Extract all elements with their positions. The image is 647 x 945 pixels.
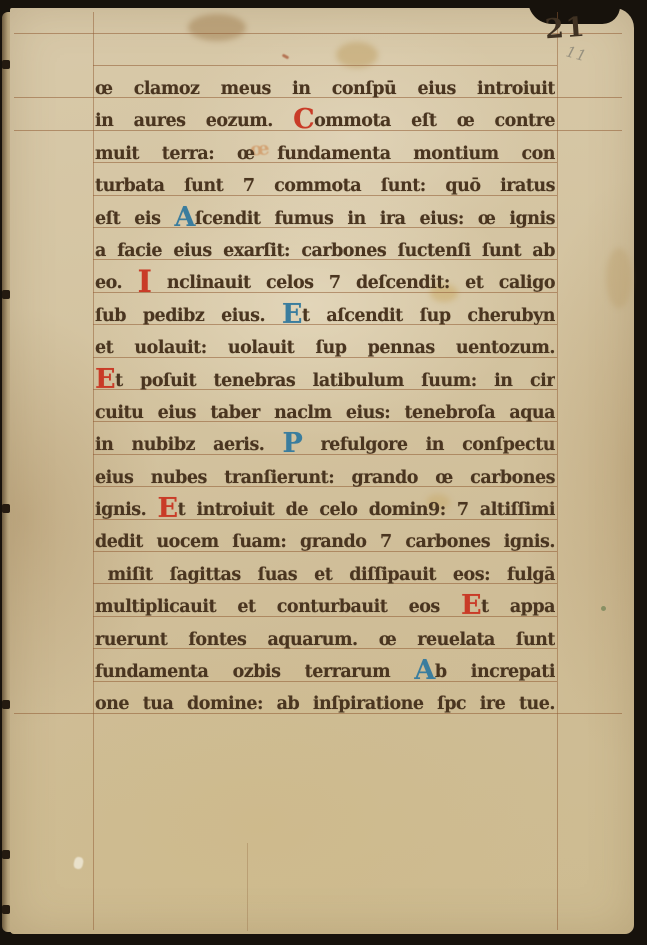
ruled-vertical-right — [557, 12, 558, 930]
script-text: fundamenta ozbis terrarum — [95, 662, 414, 682]
script-text: eſt eis — [95, 209, 174, 229]
manuscript-line: ignis. Et introiuit de celo domin9: 7 al… — [95, 494, 555, 526]
manuscript-line: muit terra: œ fundamenta montium con — [95, 138, 555, 170]
sewing-mark — [2, 850, 10, 859]
illuminated-initial: P — [283, 429, 303, 459]
script-text: t introiuit de celo domin9: 7 altiſſimi — [178, 500, 555, 520]
manuscript-line: in nubibz aeris. P refulgore in conſpect… — [95, 429, 555, 461]
script-text: eius nubes tranſierunt: grando œ carbone… — [95, 468, 555, 488]
sewing-mark — [2, 504, 10, 513]
stain — [188, 14, 246, 41]
script-text: multiplicauit et conturbauit eos — [95, 597, 461, 617]
script-text: et uolauit: uolauit ſup pennas uentozum. — [95, 338, 555, 358]
manuscript-line: ruerunt fontes aquarum. œ reuelata ſunt — [95, 624, 555, 656]
manuscript-line: a facie eius exarſit: carbones ſuctenſi … — [95, 235, 555, 267]
manuscript-line: eſt eis Aſcendit fumus in ira eius: œ ig… — [95, 203, 555, 235]
manuscript-line: multiplicauit et conturbauit eos Et appa — [95, 591, 555, 623]
script-text: t appa — [481, 597, 555, 617]
sewing-mark — [2, 905, 10, 914]
manuscript-line: one tua domine: ab inſpiratione ſpc ire … — [95, 688, 555, 720]
script-text: in aures eozum. — [95, 111, 293, 131]
illuminated-initial: I — [138, 267, 152, 299]
script-text: dedit uocem ſuam: grando 7 carbones igni… — [95, 532, 555, 552]
script-text: t aſcendit ſup cherubyn — [302, 306, 555, 326]
sewing-mark — [2, 60, 10, 69]
illuminated-initial: C — [293, 105, 314, 135]
manuscript-line: turbata ſunt 7 commota ſunt: quō iratus — [95, 170, 555, 202]
parchment-crease — [247, 843, 248, 931]
illuminated-initial: E — [157, 494, 177, 524]
sewing-mark — [2, 700, 10, 709]
script-text: eo. — [95, 273, 138, 293]
manuscript-line: fundamenta ozbis terrarum Ab increpati — [95, 656, 555, 688]
script-text: muit terra: œ fundamenta montium con — [95, 144, 555, 164]
folio-number-ink: 21 — [544, 12, 588, 46]
script-text: ommota eſt œ contre — [314, 111, 555, 131]
ruled-line — [93, 65, 557, 66]
manuscript-line: ſub pedibz eius. Et aſcendit ſup cheruby… — [95, 300, 555, 332]
ruled-line — [14, 33, 622, 34]
manuscript-line: in aures eozum. Commota eſt œ contre — [95, 105, 555, 137]
script-text: b increpati — [435, 662, 555, 682]
manuscript-line: cuitu eius taber naclm eius: tenebroſa a… — [95, 397, 555, 429]
manuscript-line: et uolauit: uolauit ſup pennas uentozum. — [95, 332, 555, 364]
script-text: t poſuit tenebras latibulum ſuum: in cir — [115, 371, 555, 391]
script-text: œ clamoz meus in conſpū eius introiuit — [95, 79, 555, 99]
illuminated-initial: E — [461, 591, 481, 621]
ink-speck — [601, 606, 606, 611]
script-text: ſub pedibz eius. — [95, 306, 282, 326]
illuminated-initial: E — [282, 300, 302, 330]
illuminated-initial: A — [414, 656, 434, 686]
illuminated-initial: E — [95, 365, 115, 395]
manuscript-line: Et poſuit tenebras latibulum ſuum: in ci… — [95, 365, 555, 397]
manuscript-line: eius nubes tranſierunt: grando œ carbone… — [95, 462, 555, 494]
script-text: a facie eius exarſit: carbones ſuctenſi … — [95, 241, 555, 261]
script-text: ſcendit fumus in ira eius: œ ignis — [195, 209, 555, 229]
sewing-mark — [2, 290, 10, 299]
manuscript-line: Et miſit ſagittas ſuas et diſſipauit eos… — [95, 559, 555, 591]
ruled-vertical-left — [93, 12, 94, 930]
stain — [606, 248, 632, 308]
manuscript-line: œ clamoz meus in conſpū eius introiuit — [95, 73, 555, 105]
manuscript-line: eo. I nclinauit celos 7 deſcendit: et ca… — [95, 267, 555, 299]
script-text: refulgore in conſpectu — [302, 435, 555, 455]
script-text: ignis. — [95, 500, 157, 520]
script-text: turbata ſunt 7 commota ſunt: quō iratus — [95, 176, 555, 196]
script-text: one tua domine: ab inſpiratione ſpc ire … — [95, 694, 555, 714]
script-text: ruerunt fontes aquarum. œ reuelata ſunt — [95, 630, 555, 650]
text-block: œ clamoz meus in conſpū eius introiuitin… — [95, 73, 555, 721]
manuscript-photo: œ 21 11 œ clamoz meus in conſpū eius int… — [0, 0, 647, 945]
script-text: nclinauit celos 7 deſcendit: et caligo — [152, 273, 555, 293]
script-text: in nubibz aeris. — [95, 435, 283, 455]
manuscript-line: dedit uocem ſuam: grando 7 carbones igni… — [95, 526, 555, 558]
script-text: t miſit ſagittas ſuas et diſſipauit eos:… — [95, 565, 555, 585]
script-text: cuitu eius taber naclm eius: tenebroſa a… — [95, 403, 555, 423]
illuminated-initial: A — [174, 203, 194, 233]
